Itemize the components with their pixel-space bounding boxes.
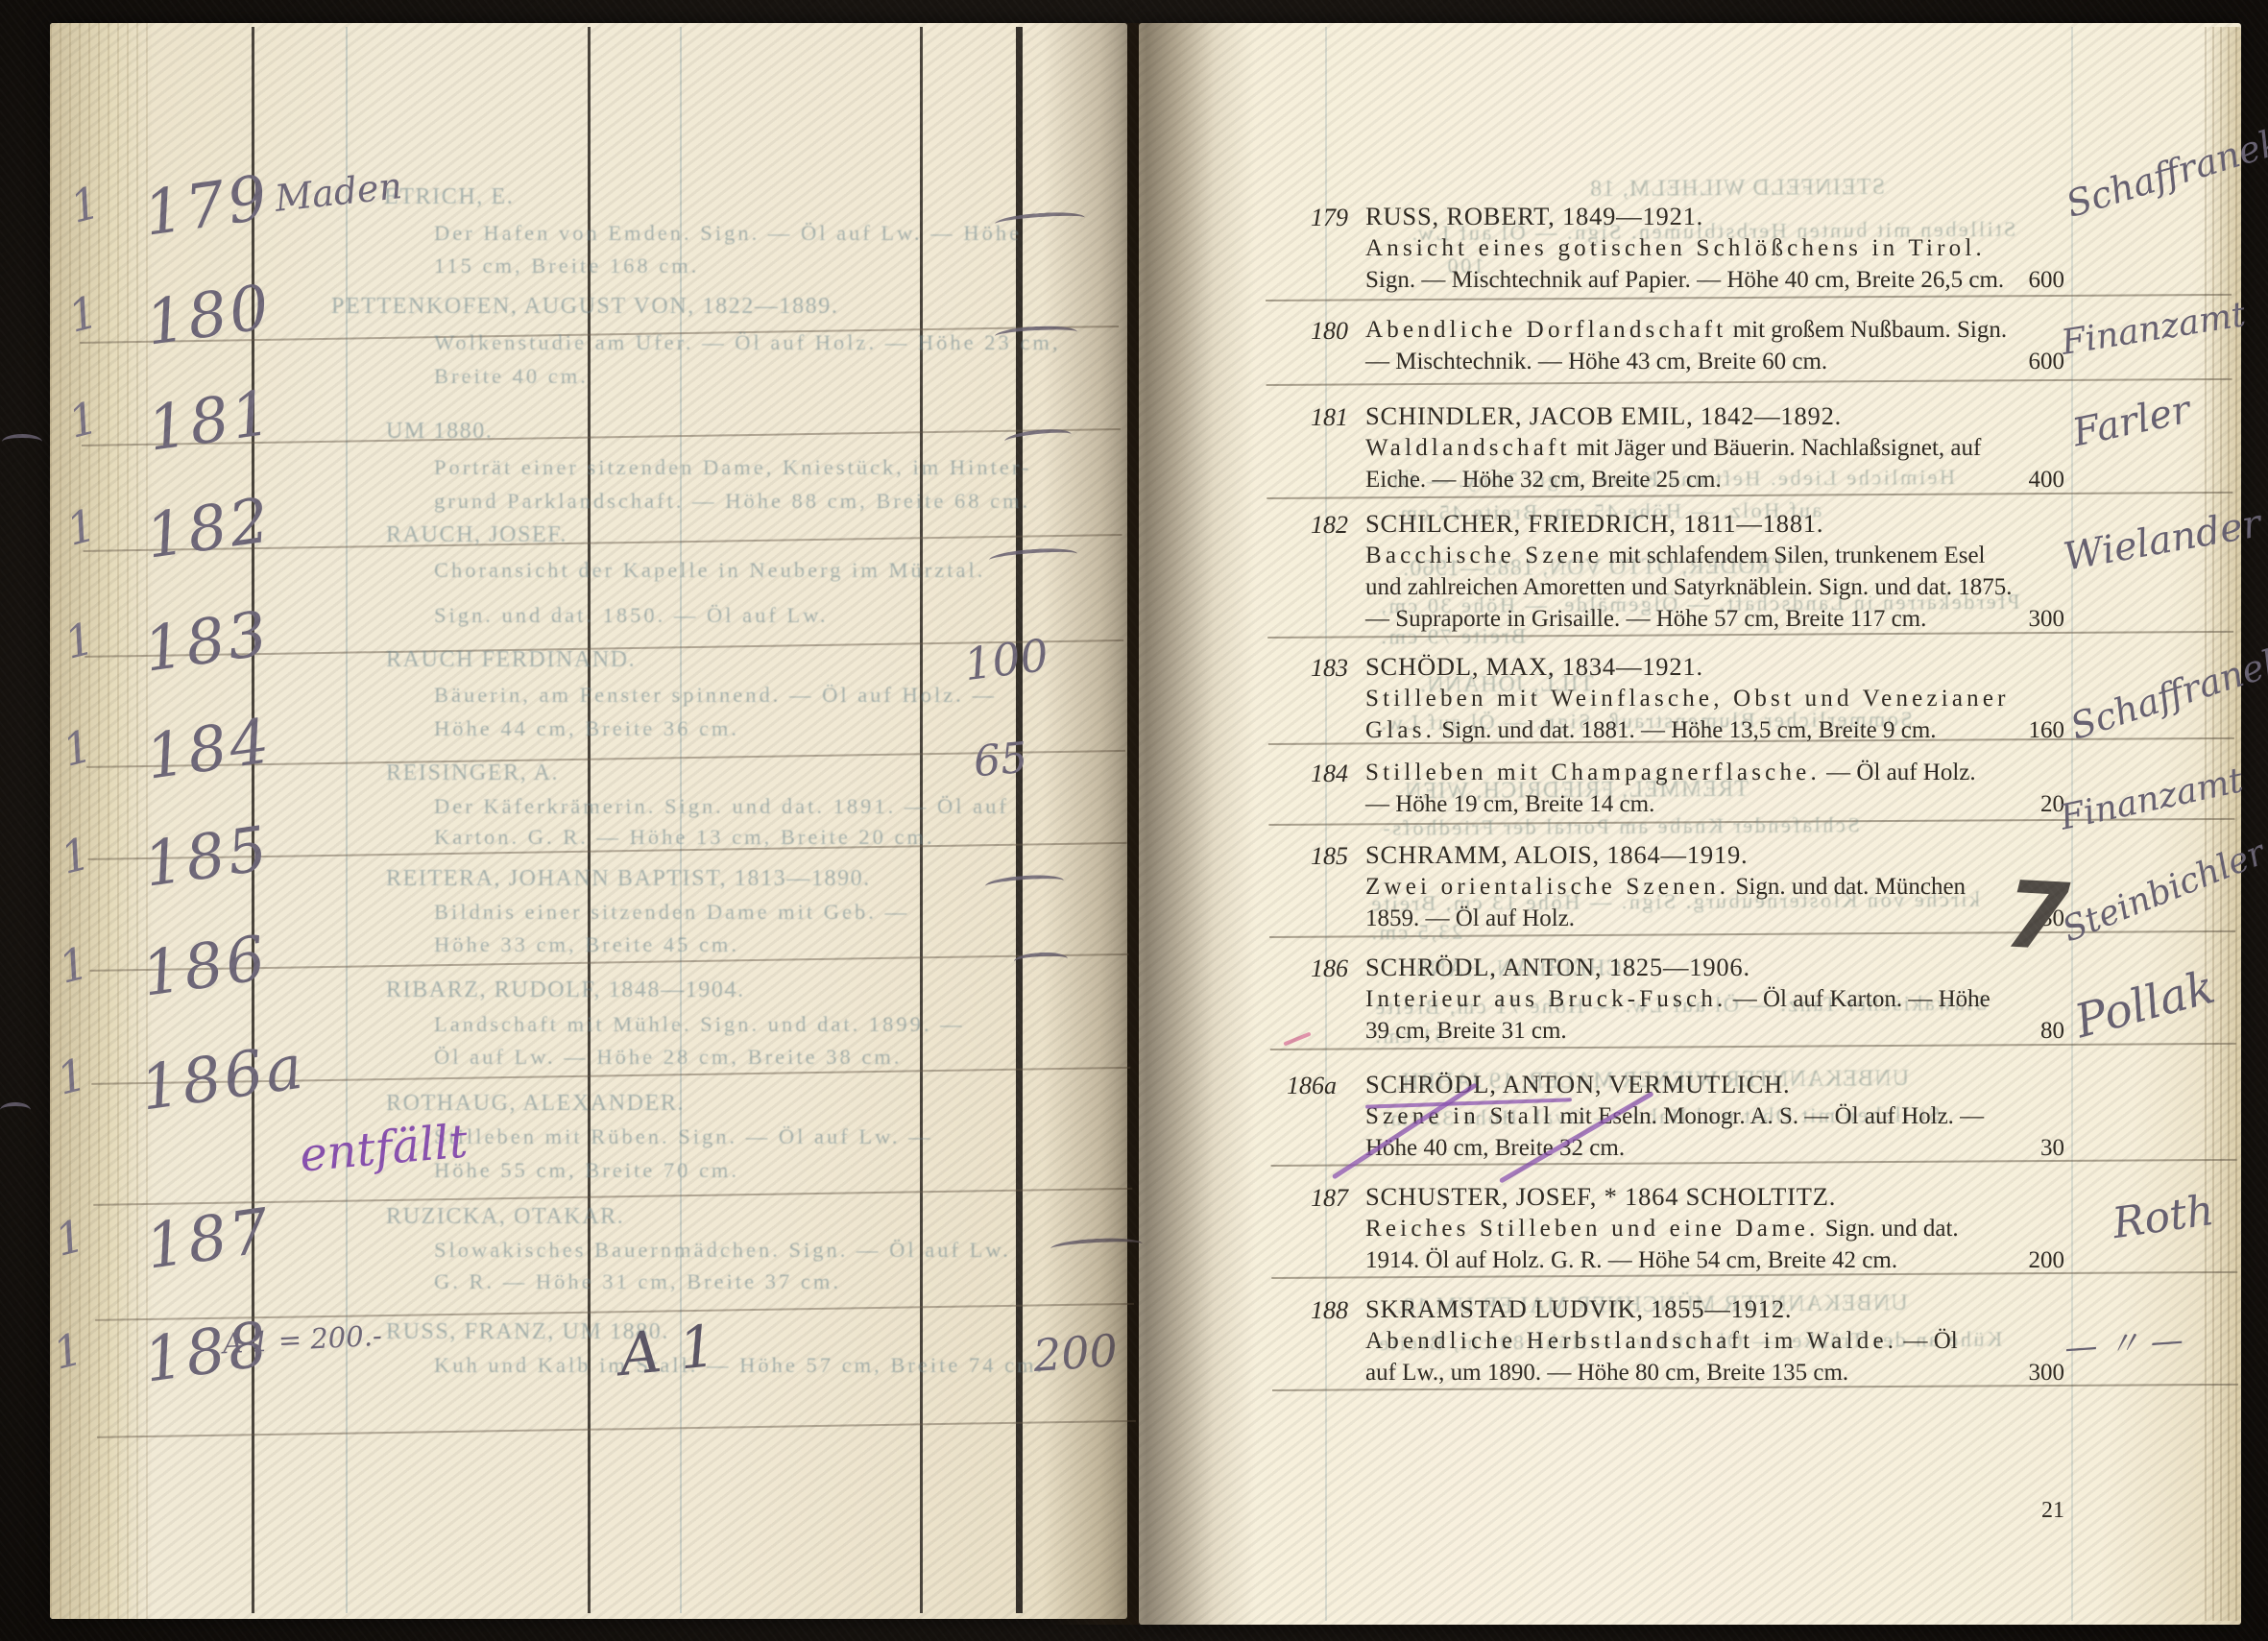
entry-line: Bacchische Szene mit schlafendem Silen, … [1365, 543, 1986, 569]
handwritten-big-note: A 1 [616, 1313, 719, 1389]
entry-line: — Höhe 19 cm, Breite 14 cm. [1365, 791, 1654, 818]
entry-line: 1859. — Öl auf Holz. [1365, 905, 1575, 932]
ghost-entry-line: Wolkenstudie am Ufer. — Öl auf Holz. — H… [434, 330, 1060, 355]
entry-price: 400 [1997, 467, 2064, 494]
ghost-entry-line: Kuh und Kalb im Stall. — Höhe 57 cm, Bre… [434, 1353, 1045, 1378]
entry-header: SCHRÖDL, ANTON, 1825—1906. [1365, 953, 1750, 982]
ghost-entry-line: Karton. G. R. — Höhe 13 cm, Breite 20 cm… [434, 825, 935, 850]
entry-header: SKRAMSTAD LUDVIK, 1855—1912. [1365, 1294, 1792, 1324]
entry-number: 188 [1277, 1296, 1348, 1325]
entry-line: Interieur aus Bruck-Fusch. — Öl auf Kart… [1365, 986, 1991, 1013]
entry-line: Szene in Stall mit Eseln. Monogr. A. S. … [1365, 1103, 1984, 1130]
entry-line: Sign. — Mischtechnik auf Papier. — Höhe … [1365, 267, 2004, 294]
entry-line: Ansicht eines gotischen Schlößchens in T… [1365, 235, 1986, 262]
margin-annotation-ditto: — 〃 — [2063, 1314, 2184, 1369]
ghost-entry-line: Höhe 55 cm, Breite 70 cm. [434, 1158, 739, 1183]
ghost-entry-line: Slowakisches Bauernmädchen. Sign. — Öl a… [434, 1238, 1011, 1263]
ghost-entry-line: Sign. und dat. 1850. — Öl auf Lw. [434, 603, 829, 628]
entry-line: Glas. Sign. und dat. 1881. — Höhe 13,5 c… [1365, 717, 1937, 744]
page-edge-stack-right [2205, 27, 2241, 1621]
ghost-entry-header: RUZICKA, OTAKAR. [386, 1204, 624, 1230]
ghost-entry-header: ROTHAUG, ALEXANDER. [386, 1091, 685, 1117]
ghost-entry-line: Der Hafen von Emden. Sign. — Öl auf Lw. … [434, 221, 1022, 246]
ghost-entry-header: UM 1880. [386, 419, 493, 445]
entry-number: 179 [1277, 204, 1348, 232]
entry-price: 200 [1997, 1247, 2064, 1274]
ghost-entry-header: REITERA, JOHANN BAPTIST, 1813—1890. [386, 866, 871, 892]
ledger-vline-faint [346, 27, 348, 1613]
entry-line: Abendliche Herbstlandschaft im Walde. — … [1365, 1328, 1958, 1355]
book-photograph: ETRICH, E. Der Hafen von Emden. Sign. — … [0, 0, 2268, 1641]
ghost-entry-line: Bäuerin, am Fenster spinnend. — Öl auf H… [434, 683, 997, 708]
ghost-entry-header: REISINGER, A. [386, 760, 559, 786]
handwritten-bid-amount: 200 [1031, 1324, 1119, 1382]
ghost-entry-line: Der Käferkrämerin. Sign. und dat. 1891. … [434, 794, 1009, 819]
entry-header: SCHINDLER, JACOB EMIL, 1842—1892. [1365, 401, 1842, 431]
entry-header: SCHUSTER, JOSEF, * 1864 SCHOLTITZ. [1365, 1182, 1836, 1212]
handwritten-edge-dash [2, 434, 42, 449]
ghost-entry-header: RIBARZ, RUDOLF, 1848—1904. [386, 977, 745, 1003]
entry-price: 160 [1997, 717, 2064, 744]
ghost-entry-line: Stilleben mit Rüben. Sign. — Öl auf Lw. … [434, 1124, 933, 1149]
entry-header: SCHRAMM, ALOIS, 1864—1919. [1365, 840, 1748, 870]
entry-header: SCHÖDL, MAX, 1834—1921. [1365, 652, 1703, 682]
entry-price: 600 [1997, 349, 2064, 375]
handwritten-bid-amount: 100 [961, 629, 1051, 690]
entry-header: RUSS, ROBERT, 1849—1921. [1365, 202, 1703, 231]
entry-line: Zwei orientalische Szenen. Sign. und dat… [1365, 874, 1966, 901]
page-edge-stack-left [50, 23, 152, 1619]
entry-header: SCHILCHER, FRIEDRICH, 1811—1881. [1365, 509, 1823, 539]
entry-number: 181 [1277, 403, 1348, 432]
entry-line: Höhe 40 cm, Breite 32 cm. [1365, 1135, 1625, 1162]
ghost-entry-line: 115 cm, Breite 168 cm. [434, 253, 699, 278]
entry-line: Abendliche Dorflandschaft mit großem Nuß… [1365, 317, 2007, 344]
ghost-entry-line: G. R. — Höhe 31 cm, Breite 37 cm. [434, 1269, 841, 1294]
page-number: 21 [2013, 1498, 2064, 1524]
entry-price: 80 [1997, 1018, 2064, 1045]
ghost-entry-header: PETTENKOFEN, AUGUST VON, 1822—1889. [331, 294, 838, 320]
entry-line: — Mischtechnik. — Höhe 43 cm, Breite 60 … [1365, 349, 1827, 375]
entry-number: 186a [1266, 1072, 1337, 1100]
entry-price: 300 [1997, 606, 2064, 633]
entry-line: Stilleben mit Weinflasche, Obst und Vene… [1365, 686, 2010, 712]
handwritten-bid-amount: 65 [972, 734, 1029, 787]
entry-number: 183 [1277, 654, 1348, 683]
entry-line: 39 cm, Breite 31 cm. [1365, 1018, 1567, 1045]
ghost-entry-line: Öl auf Lw. — Höhe 28 cm, Breite 38 cm. [434, 1045, 902, 1070]
ghost-entry-header: RAUCH, JOSEF. [386, 522, 567, 548]
ghost-entry-line: Landschaft mit Mühle. Sign. und dat. 189… [434, 1012, 965, 1037]
entry-line: 1914. Öl auf Holz. G. R. — Höhe 54 cm, B… [1365, 1247, 1897, 1274]
entry-price: 30 [1997, 1135, 2064, 1162]
ghost-entry-line: grund Parklandschaft. — Höhe 88 cm, Brei… [434, 489, 1030, 514]
ghost-entry-header: RAUCH FERDINAND. [386, 647, 636, 673]
entry-number: 182 [1277, 511, 1348, 540]
entry-line: Stilleben mit Champagnerflasche. — Öl au… [1365, 760, 1976, 786]
entry-price: 300 [1997, 1360, 2064, 1387]
ghost-entry-line: Breite 40 cm. [434, 364, 589, 389]
ghost-entry-line: Choransicht der Kapelle in Neuberg im Mü… [434, 558, 985, 583]
entry-line: und zahlreichen Amoretten und Satyrknäbl… [1365, 574, 2012, 601]
entry-number: 185 [1277, 842, 1348, 871]
ghost-entry-line: Porträt einer sitzenden Dame, Kniestück,… [434, 455, 1031, 480]
entry-line: — Supraporte in Grisaille. — Höhe 57 cm,… [1365, 606, 1926, 633]
handwritten-edge-dash [0, 1102, 31, 1118]
entry-line: Eiche. — Höhe 32 cm, Breite 25 cm. [1365, 467, 1722, 494]
entry-line: auf Lw., um 1890. — Höhe 80 cm, Breite 1… [1365, 1360, 1848, 1387]
entry-number: 187 [1277, 1184, 1348, 1213]
ghost-entry-line: Bildnis einer sitzenden Dame mit Geb. — [434, 900, 909, 925]
entry-line: Waldlandschaft mit Jäger und Bäuerin. Na… [1365, 435, 1981, 462]
entry-price: 600 [1997, 267, 2064, 294]
entry-number: 180 [1277, 317, 1348, 346]
ghost-entry-line: Höhe 44 cm, Breite 36 cm. [434, 716, 739, 741]
bleedthrough-line: STEINFELD WILHELM, 18 [1589, 175, 1885, 203]
entry-header: SCHRÖDL, ANTON, VERMUTLICH. [1365, 1070, 1790, 1099]
entry-number: 184 [1277, 760, 1348, 788]
entry-number: 186 [1277, 954, 1348, 983]
ghost-entry-line: Höhe 33 cm, Breite 45 cm. [434, 932, 739, 957]
entry-price: 20 [1997, 791, 2064, 818]
entry-line: Reiches Stilleben und eine Dame. Sign. u… [1365, 1216, 1959, 1243]
